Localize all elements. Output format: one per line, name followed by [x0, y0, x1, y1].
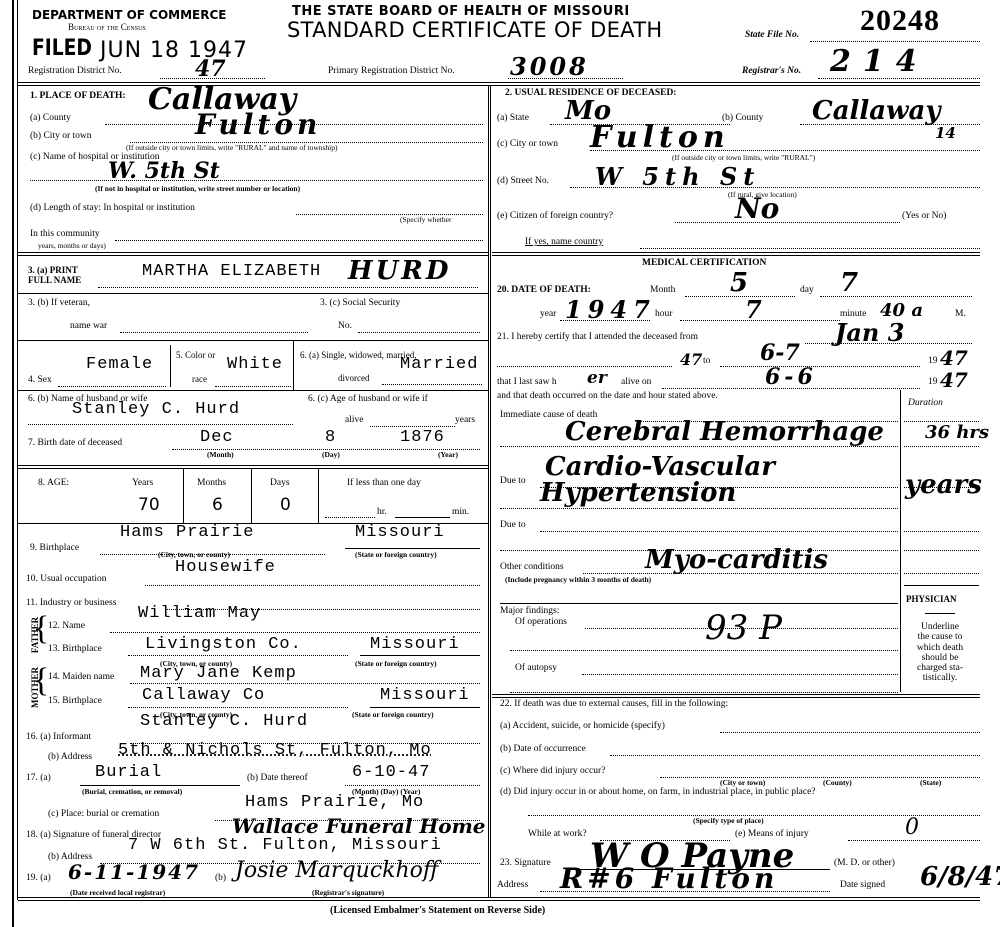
day-note: (Day) — [322, 450, 340, 459]
medical-heading: MEDICAL CERTIFICATION — [642, 258, 766, 268]
attended-to-year: 47 — [940, 346, 968, 370]
res-county-code: 14 — [935, 124, 956, 142]
father-birthplace-label: 13. Birthplace — [48, 644, 102, 654]
informant-address-label: (b) Address — [48, 752, 92, 762]
death-year: 1947 — [565, 295, 656, 324]
statistical-code-mark: 93 P — [705, 608, 782, 648]
physician-label: PHYSICIAN — [906, 594, 957, 604]
immediate-duration: 36 hrs — [925, 422, 989, 443]
state-note: (State) — [920, 778, 941, 787]
received-label: 19. (a) — [26, 873, 51, 883]
res-citizen: No — [735, 192, 779, 225]
res-county: Callaway — [812, 96, 940, 126]
last-saw-year: 47 — [940, 368, 968, 392]
birth-day: 8 — [325, 428, 336, 447]
injury-location-label: (c) Where did injury occur? — [500, 766, 605, 776]
alive-label: alive — [345, 415, 363, 425]
mother-maiden-name: Mary Jane Kemp — [140, 664, 297, 683]
birthplace-city: Hams Prairie — [120, 523, 254, 542]
age-years: 70 — [138, 495, 160, 515]
informant-label: 16. (a) Informant — [26, 732, 91, 742]
death-day-label: day — [800, 285, 814, 295]
ss-label: 3. (c) Social Security — [320, 298, 400, 308]
burial-date: 6-10-47 — [352, 763, 430, 782]
deceased-surname: HURD — [348, 256, 451, 286]
occupation-label: 10. Usual occupation — [26, 574, 106, 584]
due-to-label-2: Due to — [500, 520, 526, 530]
hr-label: hr. — [377, 507, 387, 517]
deceased-first-names: MARTHA ELIZABETH — [142, 262, 321, 281]
marital-label: 6. (a) Single, widowed, married, — [300, 350, 416, 360]
date-received: 6-11-1947 — [68, 860, 200, 884]
to-label: to — [703, 356, 710, 366]
birth-month: Dec — [200, 428, 234, 447]
disposition-note: (Burial, cremation, or removal) — [82, 787, 182, 796]
registrar-sig-label: (b) — [215, 873, 226, 883]
birthplace-state-note: (State or foreign country) — [355, 550, 437, 559]
attended-from: Jan 3 — [835, 318, 904, 347]
burial-date-label: (b) Date thereof — [247, 773, 308, 783]
month-note: (Month) — [207, 450, 234, 459]
certificate-title: STANDARD CERTIFICATE OF DEATH — [287, 18, 662, 42]
occurrence-date-label: (b) Date of occurrence — [500, 744, 586, 754]
deceased-race: White — [227, 355, 283, 374]
reg-district-label: Registration District No. — [28, 66, 122, 76]
last-saw-year-prefix: 19 — [928, 377, 938, 387]
spouse-name: Stanley C. Hurd — [72, 400, 240, 419]
mother-birthplace-city: Callaway Co — [142, 686, 265, 705]
industry-label: 11. Industry or business — [26, 598, 116, 608]
stay-label: (d) Length of stay: In hospital or insti… — [30, 203, 195, 213]
due-to-cause-1b: Hypertension — [540, 478, 736, 508]
min-label: min. — [452, 507, 469, 517]
reg-district-no: 47 — [195, 56, 226, 82]
race-label: race — [192, 374, 207, 384]
age-months-label: Months — [197, 478, 226, 488]
footer-note: (Licensed Embalmer's Statement on Revers… — [330, 905, 545, 916]
community-note: years, months or days) — [38, 241, 106, 250]
city-label: (b) City or town — [30, 131, 91, 141]
physician-address: R#6 Fulton — [560, 862, 778, 895]
state-file-no: 20248 — [860, 4, 940, 38]
mother-brace-icon: { — [33, 664, 49, 698]
registrar-no: 214 — [830, 44, 929, 79]
physician-address-label: Address — [497, 880, 528, 890]
am-pm-label: M. — [955, 309, 966, 319]
ss-no-label: No. — [338, 321, 352, 331]
years-label: years — [455, 415, 475, 425]
autopsy-label: Of autopsy — [515, 663, 557, 673]
other-conditions-note: (Include pregnancy within 3 months of de… — [505, 575, 651, 584]
filed-stamp: FILED — [32, 36, 92, 61]
last-saw-pronoun: er — [587, 368, 607, 388]
birth-year: 1876 — [400, 428, 445, 447]
res-city-note: (If outside city or town limits, write "… — [672, 153, 815, 162]
disposition: Burial — [95, 763, 162, 782]
left-border-inner — [17, 0, 18, 900]
state-label: (a) State — [497, 113, 529, 123]
accident-label: (a) Accident, suicide, or homicide (spec… — [500, 721, 665, 731]
signature-label: 23. Signature — [500, 858, 551, 868]
res-street: W 5th St — [595, 162, 760, 191]
dept-name: DEPARTMENT OF COMMERCE — [32, 8, 226, 22]
citizen-note: (Yes or No) — [902, 211, 946, 221]
age-days-label: Days — [270, 478, 290, 488]
place-type-note: (Specify type of place) — [693, 816, 764, 825]
city-note: (If outside city or town limits, write "… — [126, 143, 338, 152]
primary-district-label: Primary Registration District No. — [328, 66, 455, 76]
death-year-label: year — [540, 309, 556, 319]
divorced-label: divorced — [338, 373, 370, 383]
informant-name: Stanley C. Hurd — [140, 712, 308, 731]
age-days: 0 — [280, 495, 291, 515]
md-label: (M. D. or other) — [834, 858, 895, 868]
mother-name-label: 14. Maiden name — [48, 672, 114, 682]
funeral-director-signature: Wallace Funeral Home — [232, 814, 486, 838]
operations-label: Of operations — [515, 617, 567, 627]
county-note: (County) — [823, 778, 852, 787]
county-label: (a) County — [30, 113, 71, 123]
duration-label: Duration — [908, 398, 943, 408]
disposition-label: 17. (a) — [26, 773, 51, 783]
spouse-age-label: 6. (c) Age of husband or wife if — [308, 394, 428, 404]
column-divider — [488, 86, 491, 898]
certify-label: 21. I hereby certify that I attended the… — [497, 332, 698, 342]
burial-place: Hams Prairie, Mo — [245, 793, 424, 812]
immediate-cause: Cerebral Hemorrhage — [565, 417, 884, 447]
hospital-note: (If not in hospital or institution, writ… — [95, 184, 300, 193]
res-city: Fulton — [590, 120, 730, 155]
left-border — [12, 0, 14, 927]
age-years-label: Years — [132, 478, 153, 488]
footer-divider — [18, 897, 980, 901]
street-label: (d) Street No. — [497, 176, 549, 186]
sex-label: 4. Sex — [28, 375, 52, 385]
less-day-label: If less than one day — [347, 478, 421, 488]
veteran-label: 3. (b) If veteran, — [28, 298, 90, 308]
birth-date-label: 7. Birth date of deceased — [28, 438, 122, 448]
stated-label: and that death occurred on the date and … — [497, 391, 718, 401]
date-of-death-label: 20. DATE OF DEATH: — [497, 285, 591, 295]
father-state-note: (State or foreign country) — [355, 659, 437, 668]
board-name: THE STATE BOARD OF HEALTH OF MISSOURI — [292, 4, 630, 19]
death-month-label: Month — [650, 285, 675, 295]
country-label: If yes, name country — [525, 237, 603, 247]
occupation: Housewife — [175, 558, 276, 577]
death-hour-label: hour — [655, 309, 672, 319]
received-note: (Date received local registrar) — [70, 888, 165, 897]
place-heading: 1. PLACE OF DEATH: — [30, 91, 126, 101]
bureau-name: Bureau of the Census — [68, 22, 146, 32]
external-heading: 22. If death was due to external causes,… — [500, 699, 728, 709]
director-address: 7 W 6th St. Fulton, Missouri — [128, 836, 442, 855]
color-label: 5. Color or — [176, 350, 215, 360]
mother-state-note: (State or foreign country) — [352, 710, 434, 719]
stay-note: (Specify whether — [400, 215, 451, 224]
last-saw-date: 6-6 — [765, 364, 817, 390]
age-months: 6 — [212, 495, 223, 515]
year-note: (Year) — [438, 450, 458, 459]
father-birthplace-city: Livingston Co. — [145, 635, 302, 654]
war-label: name war — [70, 321, 107, 331]
res-city-label: (c) City or town — [497, 139, 558, 149]
means-mark: 0 — [905, 815, 919, 840]
due-to-label-1: Due to — [500, 476, 526, 486]
state-file-label: State File No. — [745, 30, 799, 40]
registrar-label: Registrar's No. — [742, 66, 801, 76]
death-month: 5 — [730, 268, 748, 298]
death-city: Fulton — [195, 108, 321, 141]
name-label: 3. (a) PRINT FULL NAME — [28, 265, 81, 285]
alive-on-label: alive on — [621, 377, 651, 387]
major-findings-label: Major findings: — [500, 606, 559, 616]
primary-district-no: 3008 — [510, 52, 589, 81]
city-or-town-note: (City or town) — [720, 778, 765, 787]
deceased-sex: Female — [86, 355, 153, 374]
mother-birthplace-state: Missouri — [380, 686, 470, 705]
date-signed-label: Date signed — [840, 880, 885, 890]
due-to-duration: years — [905, 470, 982, 500]
father-brace-icon: { — [33, 612, 49, 646]
attended-from-year: 47 — [680, 350, 702, 369]
citizen-label: (e) Citizen of foreign country? — [497, 211, 613, 221]
other-conditions: Myo-carditis — [645, 545, 828, 575]
registrar-sig-note: (Registrar's signature) — [312, 888, 384, 897]
to-year-prefix: 19 — [928, 356, 938, 366]
death-hour: 7 — [745, 295, 762, 324]
birthplace-label: 9. Birthplace — [30, 543, 79, 553]
community-label: In this community — [30, 229, 100, 239]
burial-place-label: (c) Place: burial or cremation — [48, 809, 159, 819]
other-conditions-label: Other conditions — [500, 562, 564, 572]
birthplace-state: Missouri — [355, 523, 445, 542]
father-name: William May — [138, 604, 261, 623]
mother-birthplace-label: 15. Birthplace — [48, 696, 102, 706]
marital-status: Married — [400, 355, 478, 374]
last-saw-label: that I last saw h — [497, 377, 557, 387]
date-signed: 6/8/47 — [920, 862, 1000, 892]
while-at-work-label: While at work? — [528, 829, 587, 839]
registrar-signature: Josie Marquckhoff — [235, 858, 438, 883]
death-day: 7 — [840, 268, 858, 298]
age-label: 8. AGE: — [38, 478, 69, 488]
father-birthplace-state: Missouri — [370, 635, 460, 654]
injury-place-label: (d) Did injury occur in or about home, o… — [500, 787, 816, 797]
attended-to: 6-7 — [760, 340, 800, 366]
father-name-label: 12. Name — [48, 621, 85, 631]
informant-address: 5th & Nichols St, Fulton, Mo — [118, 741, 432, 760]
underline-note: Underline the cause to which death shoul… — [905, 622, 975, 684]
